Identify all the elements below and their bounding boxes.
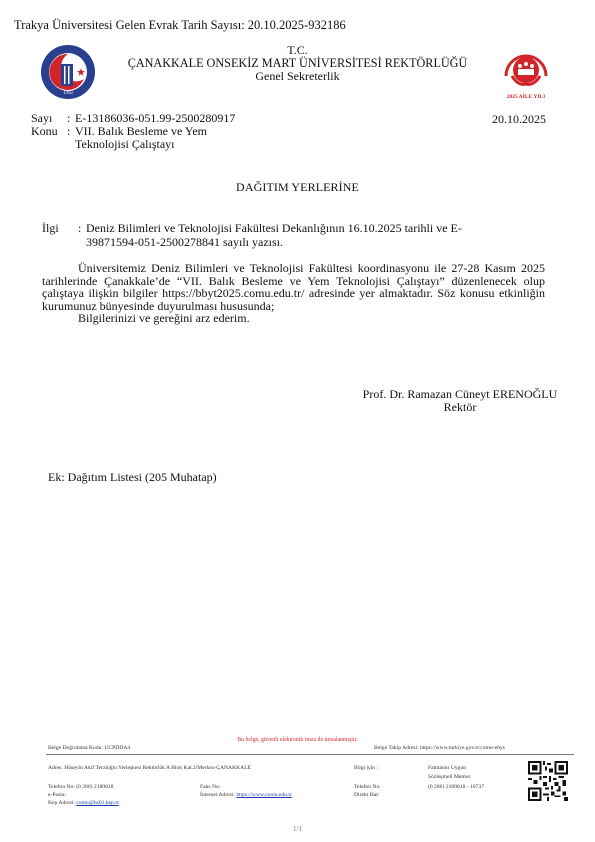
footer-fax-label: Faks No:: [200, 784, 220, 790]
qr-code-icon[interactable]: [528, 761, 568, 801]
footer-email-label: e-Posta:: [48, 792, 66, 798]
footer-address: Adres: Hüseyin Akif Terzioğlu Yerleşkesi…: [48, 765, 251, 771]
attachment-note: Ek: Dağıtım Listesi (205 Muhatap): [48, 470, 217, 485]
info-phone-label: Telefon No:: [354, 784, 381, 790]
web-label: İnternet Adresi:: [200, 792, 235, 798]
web-link[interactable]: https://www.comu.edu.tr: [236, 792, 291, 798]
family-year-emblem-icon: 2025 AİLE YILI: [500, 46, 552, 102]
incoming-document-stamp: Trakya Üniversitesi Gelen Evrak Tarih Sa…: [14, 18, 346, 33]
document-meta: Sayı : E-13186036-051.99-2500280917 Konu…: [31, 112, 331, 152]
footer-divider: [46, 754, 574, 755]
footer-phone: Telefon No: (0 286) 2180018: [48, 784, 113, 790]
ilgi-line1: Deniz Bilimleri ve Teknolojisi Fakültesi…: [86, 222, 506, 236]
page-number: 1/1: [0, 825, 595, 833]
info-role: Sözleşmeli Memur: [428, 774, 470, 780]
konu-label: Konu: [31, 125, 58, 138]
e-signature-note: Bu belge, güvenli elektronik imza ile im…: [0, 737, 595, 743]
tracking-address[interactable]: Belge Takip Adresi: https://www.turkiye.…: [374, 745, 505, 751]
body-paragraph-1: Üniversitemiz Deniz Bilimleri ve Teknolo…: [42, 262, 545, 312]
footer-web: İnternet Adresi: https://www.comu.edu.tr: [200, 792, 292, 798]
kep-link[interactable]: comu@hs01.kep.tr: [76, 800, 118, 806]
ilgi-text: Deniz Bilimleri ve Teknolojisi Fakültesi…: [86, 222, 506, 249]
konu-value-line2: Teknolojisi Çalıştayı: [75, 138, 175, 151]
info-name: Fatmanur Uygun: [428, 765, 466, 771]
info-phone-value: (0 286) 2180018 - 10737: [428, 784, 484, 790]
svg-text:2025 AİLE YILI: 2025 AİLE YILI: [507, 93, 546, 100]
body-paragraph-2: Bilgilerinizi ve gereğini arz ederim.: [42, 312, 545, 325]
ilgi-colon: :: [78, 222, 81, 236]
footer-kep: Kep Adresi: comu@hs01.kep.tr: [48, 800, 119, 806]
svg-text:1992: 1992: [63, 91, 74, 96]
ilgi-label: İlgi: [42, 222, 59, 236]
signatory-title: Rektör: [330, 401, 590, 414]
verification-code: Belge Doğrulama Kodu: UCPDDA4: [48, 745, 130, 751]
kep-label: Kep Adresi:: [48, 800, 75, 806]
info-label: Bilgi için :: [354, 765, 378, 771]
recipient-title: DAĞITIM YERLERİNE: [0, 180, 595, 195]
signature-block: Prof. Dr. Ramazan Cüneyt ERENOĞLU Rektör: [330, 388, 590, 414]
konu-colon: :: [67, 125, 70, 138]
letter-body: Üniversitemiz Deniz Bilimleri ve Teknolo…: [42, 262, 545, 325]
direct-line-label: Direkt Hat:: [354, 792, 379, 798]
ilgi-line2: 39871594-051-2500278841 sayılı yazısı.: [86, 236, 506, 250]
document-date: 20.10.2025: [492, 112, 546, 127]
